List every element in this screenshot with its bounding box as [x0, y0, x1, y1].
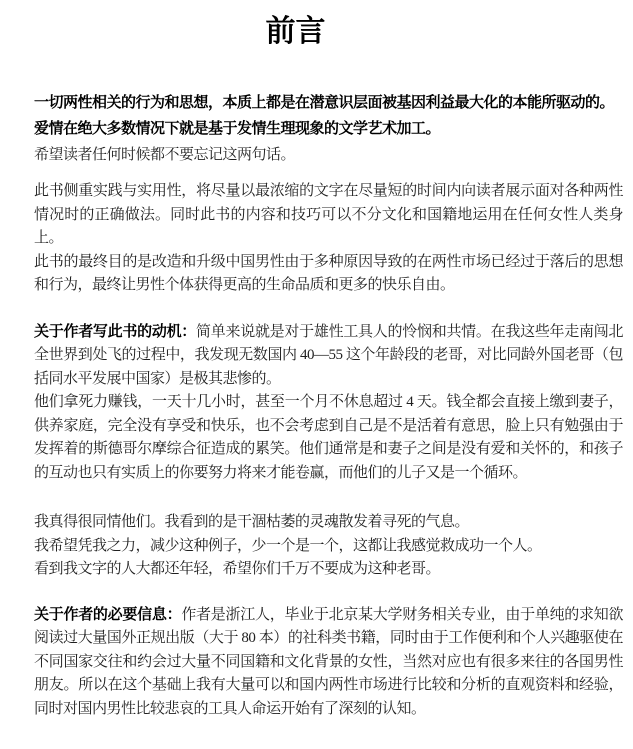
paragraph-book-goal: 此书的最终目的是改造和升级中国男性由于多种原因导致的在两性市场已经过于落后的思想… — [34, 251, 623, 298]
author-info-block: 关于作者的必要信息：作者是浙江人，毕业于北京某大学财务相关专业，由于单纯的求知欲… — [34, 603, 623, 722]
intro-bold-block: 一切两性相关的行为和思想，本质上都是在潜意识层面被基因利益最大化的本能所驱动的。… — [34, 90, 623, 168]
motivation-label: 关于作者写此书的动机： — [34, 323, 196, 340]
page-title: 前言 — [1, 0, 590, 52]
author-info-label: 关于作者的必要信息： — [34, 606, 181, 623]
sympathy-line-1: 我真得很同情他们。我看到的是干涸枯萎的灵魂散发着寻死的气息。 — [34, 511, 623, 535]
paragraph-tool-men: 他们拿死力赚钱，一天十几小时，甚至一个月不休息超过 4 天。钱全都会直接上缴到妻… — [34, 391, 623, 485]
sympathy-line-2: 我希望凭我之力，减少这种例子，少一个是一个，这都让我感觉救成功一个人。 — [34, 535, 623, 559]
intro-bold-line-1: 一切两性相关的行为和思想，本质上都是在潜意识层面被基因利益最大化的本能所驱动的。 — [34, 90, 623, 116]
reminder-line: 希望读者任何时候都不要忘记这两句话。 — [34, 142, 623, 168]
document-page: 前言 一切两性相关的行为和思想，本质上都是在潜意识层面被基因利益最大化的本能所驱… — [0, 0, 633, 749]
book-purpose-block: 此书侧重实践与实用性，将尽量以最浓缩的文字在尽量短的时间内向读者展示面对各种两性… — [34, 180, 623, 298]
intro-bold-line-2: 爱情在绝大多数情况下就是基于发情生理现象的文学艺术加工。 — [34, 116, 623, 142]
motivation-block: 关于作者写此书的动机：简单来说就是对于雄性工具人的怜悯和共情。在我这些年走南闯北… — [34, 320, 623, 486]
paragraph-author-info: 关于作者的必要信息：作者是浙江人，毕业于北京某大学财务相关专业，由于单纯的求知欲… — [34, 603, 623, 722]
author-info-text: 作者是浙江人，毕业于北京某大学财务相关专业，由于单纯的求知欲阅读过大量国外正规出… — [34, 607, 623, 717]
paragraph-book-focus: 此书侧重实践与实用性，将尽量以最浓缩的文字在尽量短的时间内向读者展示面对各种两性… — [34, 180, 623, 251]
sympathy-block: 我真得很同情他们。我看到的是干涸枯萎的灵魂散发着寻死的气息。 我希望凭我之力，减… — [34, 511, 623, 582]
paragraph-motivation: 关于作者写此书的动机：简单来说就是对于雄性工具人的怜悯和共情。在我这些年走南闯北… — [34, 320, 623, 392]
sympathy-line-3: 看到我文字的人大都还年轻，希望你们千万不要成为这种老哥。 — [34, 558, 623, 582]
